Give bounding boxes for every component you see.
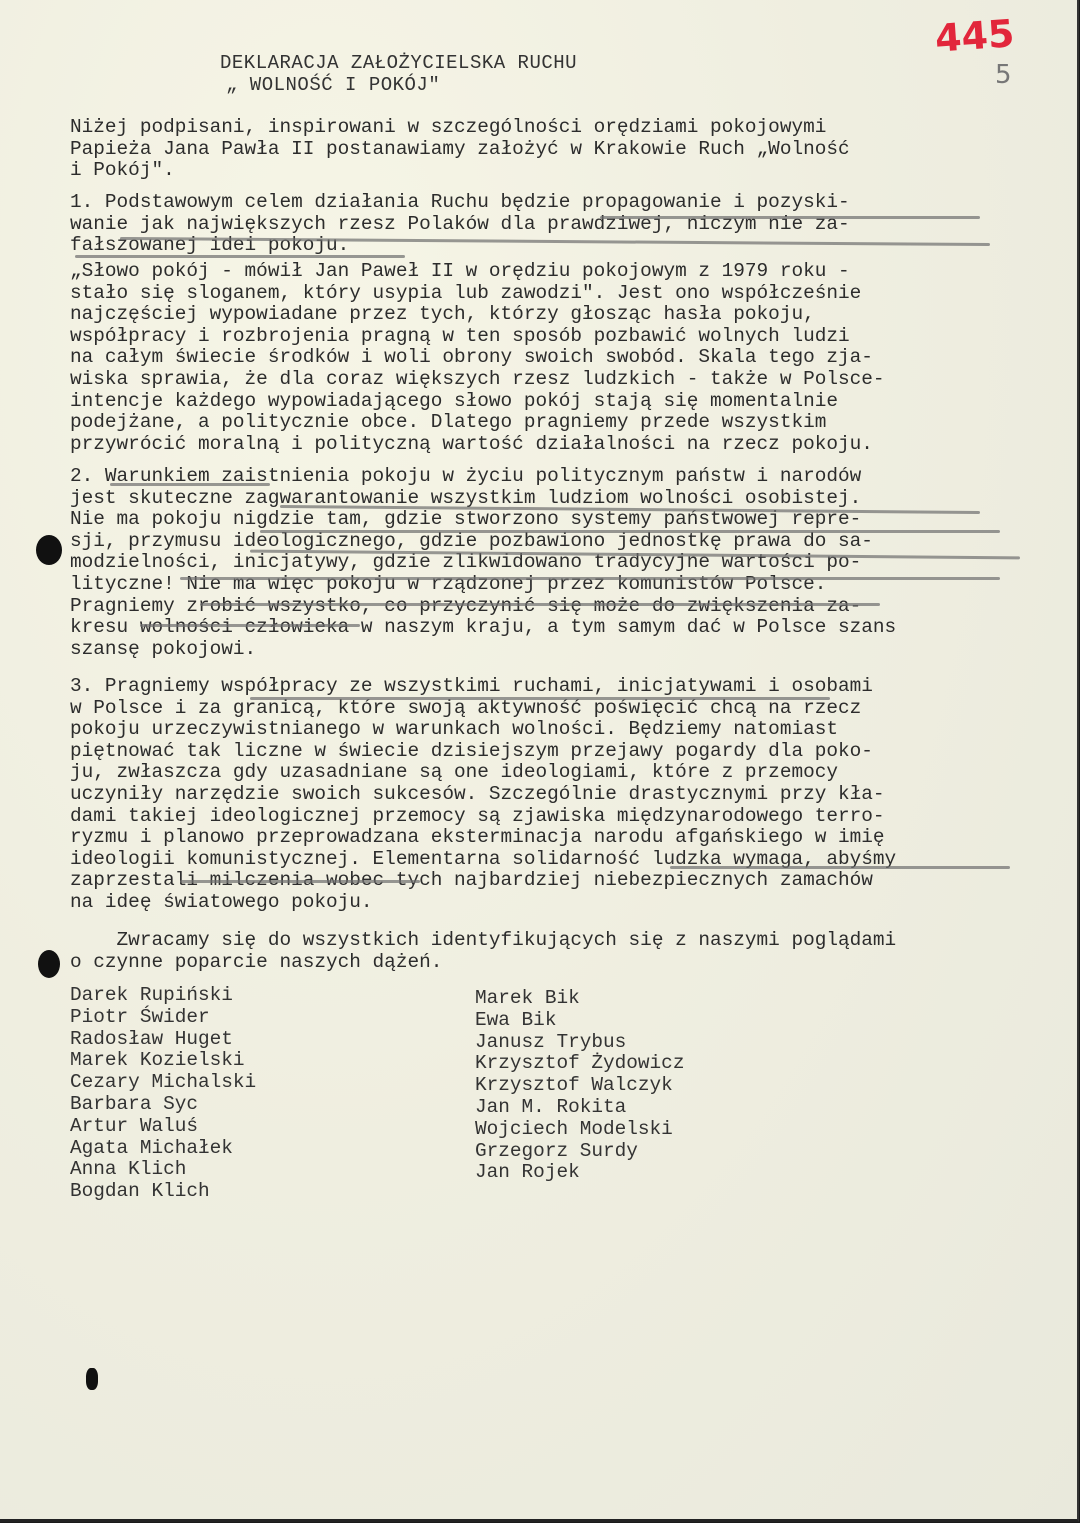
point-2-paragraph: 2. Warunkiem zaistnienia pokoju w życiu … — [70, 466, 1030, 660]
signatory: Bogdan Klich — [70, 1181, 256, 1203]
ink-blot — [86, 1368, 98, 1390]
pencil-underline — [180, 577, 1000, 580]
pencil-underline — [110, 483, 270, 486]
archive-subnumber: 5 — [995, 60, 1012, 90]
signatory: Jan M. Rokita — [475, 1097, 684, 1119]
signatory: Marek Bik — [475, 988, 684, 1010]
signatory: Agata Michałek — [70, 1138, 256, 1160]
signatory: Krzysztof Żydowicz — [475, 1053, 684, 1075]
signatory: Artur Waluś — [70, 1116, 256, 1138]
pencil-underline — [180, 880, 420, 883]
signatory: Ewa Bik — [475, 1010, 684, 1032]
signatory: Jan Rojek — [475, 1162, 684, 1184]
pencil-underline — [670, 866, 1010, 869]
title-line-1: DEKLARACJA ZAŁOŻYCIELSKA RUCHU — [220, 52, 577, 74]
pencil-underline — [200, 603, 880, 606]
pencil-underline — [260, 530, 1000, 533]
pencil-underline — [140, 624, 360, 627]
point-1-body: „Słowo pokój - mówił Jan Paweł II w oręd… — [70, 261, 1030, 455]
signatory: Janusz Trybus — [475, 1032, 684, 1054]
intro-paragraph: Niżej podpisani, inspirowani w szczególn… — [70, 117, 1030, 182]
document-title: DEKLARACJA ZAŁOŻYCIELSKA RUCHU „ WOLNOŚĆ… — [220, 52, 577, 96]
signatories-right-column: Marek Bik Ewa Bik Janusz Trybus Krzyszto… — [475, 988, 684, 1184]
ink-blot — [38, 950, 60, 978]
point-1-lead: 1. Podstawowym celem działania Ruchu będ… — [70, 192, 1030, 257]
signatory: Darek Rupiński — [70, 985, 256, 1007]
signatory: Anna Klich — [70, 1159, 256, 1181]
signatory: Radosław Huget — [70, 1029, 256, 1051]
signatory: Marek Kozielski — [70, 1050, 256, 1072]
pencil-underline — [600, 216, 980, 219]
pencil-underline — [75, 255, 405, 258]
archive-number: 445 — [934, 11, 1016, 60]
closing-paragraph: Zwracamy się do wszystkich identyfikując… — [70, 930, 1030, 973]
signatory: Wojciech Modelski — [475, 1119, 684, 1141]
document-page: 445 5 DEKLARACJA ZAŁOŻYCIELSKA RUCHU „ W… — [0, 0, 1079, 1522]
pencil-underline — [250, 697, 830, 700]
title-line-2: „ WOLNOŚĆ I POKÓJ" — [220, 74, 577, 96]
signatory: Barbara Syc — [70, 1094, 256, 1116]
signatory: Krzysztof Walczyk — [475, 1075, 684, 1097]
point-3-paragraph: 3. Pragniemy współpracy ze wszystkimi ru… — [70, 676, 1030, 914]
signatory: Cezary Michalski — [70, 1072, 256, 1094]
signatories-left-column: Darek Rupiński Piotr Świder Radosław Hug… — [70, 985, 256, 1203]
signatory: Piotr Świder — [70, 1007, 256, 1029]
ink-blot — [36, 535, 62, 565]
signatory: Grzegorz Surdy — [475, 1141, 684, 1163]
